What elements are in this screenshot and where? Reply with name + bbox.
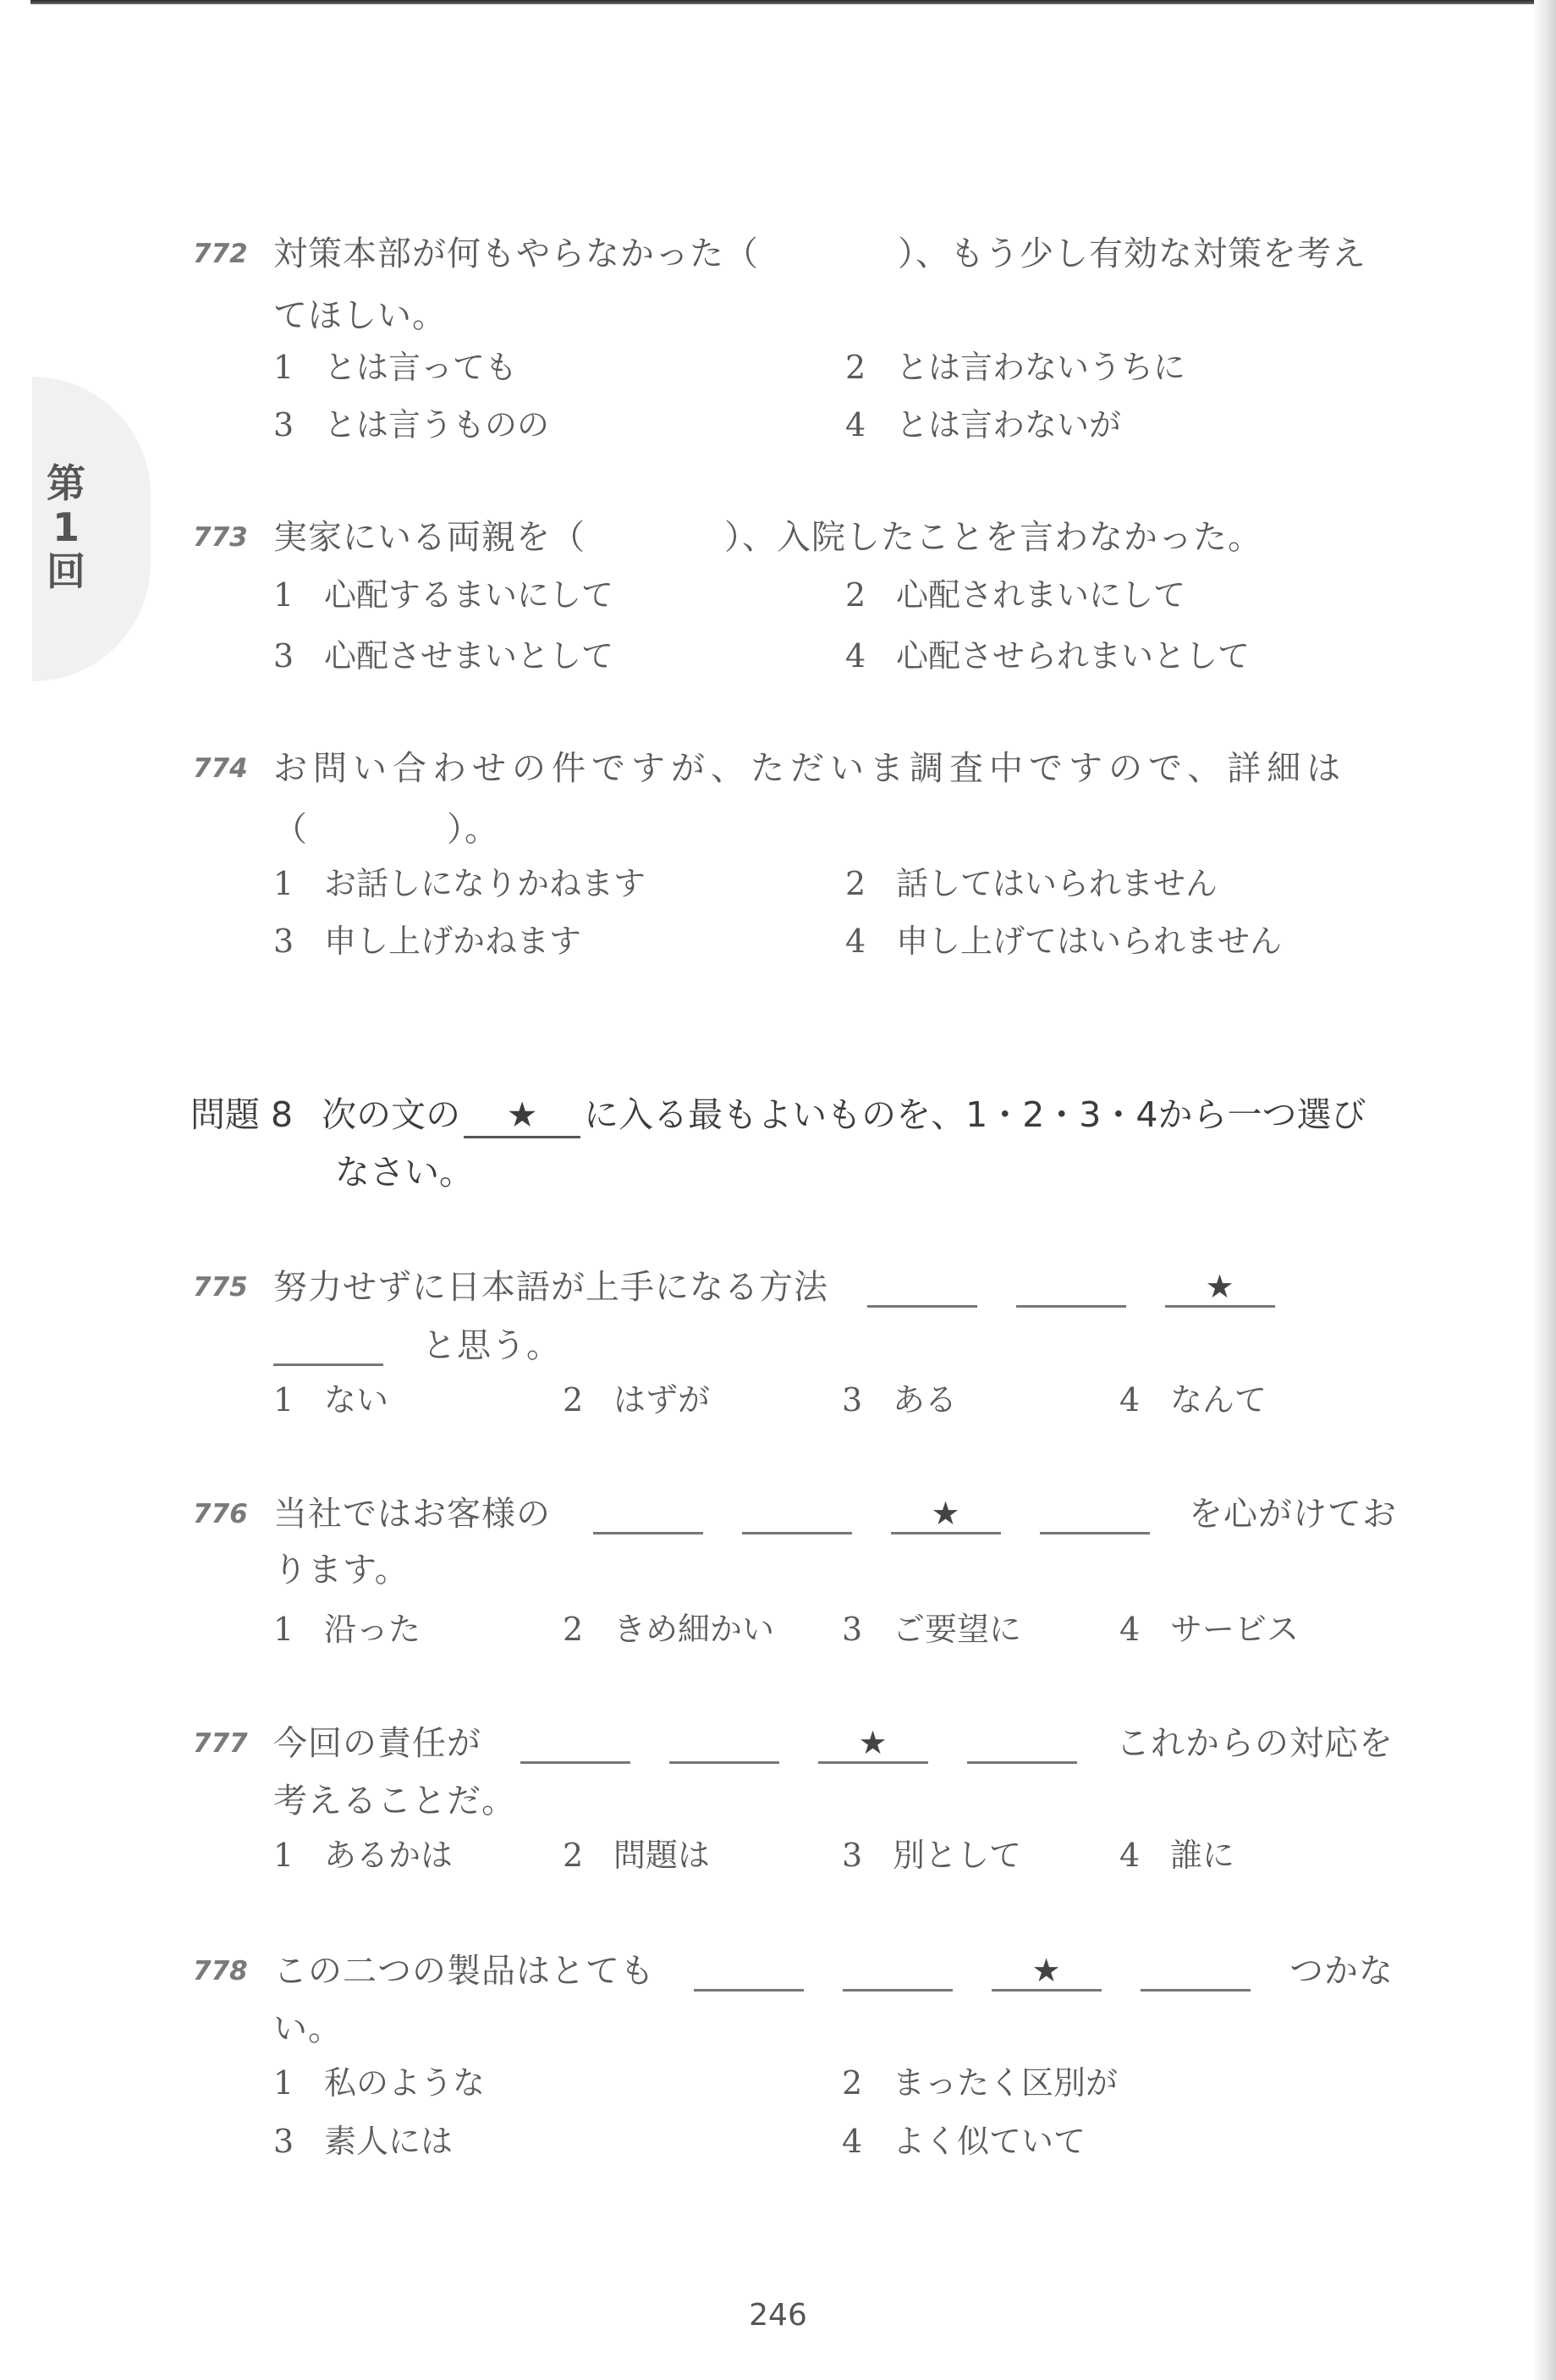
option-4[interactable]: 4申し上げてはいられません xyxy=(845,921,1282,961)
answer-blank-star[interactable]: ★ xyxy=(818,1724,928,1764)
page-edge-shadow xyxy=(1534,0,1556,2380)
option-2[interactable]: 2まったく区別が xyxy=(842,2063,1118,2103)
option-number: 3 xyxy=(273,636,324,676)
answer-blank-2[interactable] xyxy=(669,1724,779,1764)
option-number: 3 xyxy=(842,1835,893,1876)
question-text: この二つの製品はとても★つかな xyxy=(273,1951,1394,1992)
side-tab-char-2: 1 xyxy=(41,505,91,549)
answer-blank-4[interactable] xyxy=(967,1724,1077,1764)
question-number: 777 xyxy=(193,1723,248,1764)
option-1[interactable]: 1ない xyxy=(273,1380,388,1420)
option-text: 心配させまいとして xyxy=(324,637,613,675)
option-number: 4 xyxy=(842,2121,893,2162)
option-number: 4 xyxy=(1119,1380,1170,1420)
question-text-end: つかな xyxy=(1289,1952,1394,1991)
question-text: 当社ではお客様の★を心がけてお xyxy=(273,1494,1397,1534)
answer-blank-star[interactable]: ★ xyxy=(891,1495,1001,1534)
option-1[interactable]: 1あるかは xyxy=(273,1835,453,1876)
question-text-cont: てほしい。 xyxy=(273,295,447,336)
option-number: 1 xyxy=(273,347,324,388)
option-number: 4 xyxy=(845,636,896,676)
option-number: 2 xyxy=(563,1835,613,1876)
option-number: 2 xyxy=(842,2063,893,2103)
option-number: 3 xyxy=(842,1609,893,1650)
option-text: 申し上げかねます xyxy=(324,923,581,960)
option-text: まったく区別が xyxy=(893,2064,1118,2102)
option-number: 4 xyxy=(1119,1835,1170,1876)
option-3[interactable]: 3とは言うものの xyxy=(273,405,549,445)
question-number: 773 xyxy=(193,517,248,558)
question-text-start: 努力せずに日本語が上手になる方法 xyxy=(273,1268,828,1307)
question-text: 実家にいる両親を（ ）、入院したことを言わなかった。 xyxy=(273,517,1262,558)
option-number: 1 xyxy=(273,575,324,615)
side-tab-char-1: 第 xyxy=(41,461,91,505)
answer-blank-2[interactable] xyxy=(843,1952,953,1992)
page-number: 246 xyxy=(0,2298,1556,2333)
option-text: 心配するまいにして xyxy=(324,576,613,614)
option-number: 1 xyxy=(273,1609,324,1650)
option-2[interactable]: 2きめ細かい xyxy=(563,1609,774,1650)
option-3[interactable]: 3別として xyxy=(842,1835,1021,1876)
option-number: 2 xyxy=(563,1609,613,1650)
question-number: 774 xyxy=(193,748,248,789)
option-number: 3 xyxy=(273,405,324,445)
option-number: 2 xyxy=(845,575,896,615)
option-text: とは言わないが xyxy=(896,406,1121,443)
option-number: 2 xyxy=(563,1380,613,1420)
question-text: 対策本部が何もやらなかった（ ）、もう少し有効な対策を考え xyxy=(273,234,1366,274)
option-number: 3 xyxy=(842,1380,893,1420)
option-text: ある xyxy=(893,1381,957,1419)
option-2[interactable]: 2とは言わないうちに xyxy=(845,347,1185,388)
page-top-border xyxy=(30,0,1537,4)
option-text: はずが xyxy=(613,1381,710,1419)
answer-blank-star[interactable]: ★ xyxy=(992,1952,1102,1992)
answer-blank-4[interactable] xyxy=(1040,1495,1150,1534)
question-text-cont: と思う。 xyxy=(273,1325,561,1366)
question-text-cont: 考えることだ。 xyxy=(273,1781,516,1821)
option-text: 別として xyxy=(893,1837,1021,1874)
question-number: 776 xyxy=(193,1494,248,1534)
option-text: サービス xyxy=(1170,1611,1299,1648)
question-number: 778 xyxy=(193,1951,248,1992)
option-3[interactable]: 3ご要望に xyxy=(842,1609,1021,1650)
question-text-cont: （ ）。 xyxy=(273,809,499,850)
option-text: 誰に xyxy=(1170,1837,1234,1874)
answer-blank-1[interactable] xyxy=(694,1952,804,1992)
option-text: 心配させられまいとして xyxy=(896,637,1250,675)
option-number: 1 xyxy=(273,2063,324,2103)
option-text: あるかは xyxy=(324,1837,453,1874)
option-number: 2 xyxy=(845,863,896,904)
option-3[interactable]: 3ある xyxy=(842,1380,957,1420)
question-text-end: と思う。 xyxy=(422,1326,561,1365)
star-icon: ★ xyxy=(464,1094,580,1138)
question-text: 今回の責任が★これからの対応を xyxy=(273,1723,1394,1764)
question-number: 775 xyxy=(193,1267,248,1308)
option-1[interactable]: 1心配するまいにして xyxy=(273,575,613,615)
option-text: ご要望に xyxy=(893,1611,1021,1648)
answer-blank-2[interactable] xyxy=(1016,1268,1126,1308)
option-text: 問題は xyxy=(613,1837,710,1874)
question-text-cont: ります。 xyxy=(273,1550,410,1590)
option-1[interactable]: 1とは言っても xyxy=(273,347,517,388)
option-4[interactable]: 4なんて xyxy=(1119,1380,1267,1420)
answer-blank-1[interactable] xyxy=(593,1495,703,1534)
option-1[interactable]: 1私のような xyxy=(273,2063,485,2103)
option-1[interactable]: 1お話しになりかねます xyxy=(273,863,646,904)
option-text: なんて xyxy=(1170,1381,1267,1419)
option-text: ない xyxy=(324,1381,388,1419)
question-text-end: を心がけてお xyxy=(1189,1495,1397,1534)
question-text: お問い合わせの件ですが、ただいま調査中ですので、詳細は xyxy=(273,748,1346,789)
question-text-cont: い。 xyxy=(273,2008,343,2049)
question-number: 772 xyxy=(193,234,248,274)
option-text: とは言うものの xyxy=(324,406,549,443)
option-4[interactable]: 4誰に xyxy=(1119,1835,1234,1876)
answer-blank-2[interactable] xyxy=(742,1495,852,1534)
option-text: よく似ていて xyxy=(893,2123,1086,2160)
instruction-before: 次の文の xyxy=(322,1094,460,1135)
option-text: 素人には xyxy=(324,2123,453,2160)
option-2[interactable]: 2はずが xyxy=(563,1380,710,1420)
instruction-line2: なさい。 xyxy=(335,1151,474,1193)
question-text-end: これからの対応を xyxy=(1116,1724,1394,1763)
answer-blank-4[interactable] xyxy=(1141,1952,1251,1992)
answer-blank-star[interactable]: ★ xyxy=(1165,1268,1275,1308)
option-text: 私のような xyxy=(324,2064,485,2102)
side-tab-char-3: 回 xyxy=(41,549,91,593)
option-number: 3 xyxy=(273,2121,324,2162)
option-number: 2 xyxy=(845,347,896,388)
question-text: 努力せずに日本語が上手になる方法★ xyxy=(273,1267,1314,1308)
option-2[interactable]: 2心配されまいにして xyxy=(845,575,1185,615)
option-4[interactable]: 4とは言わないが xyxy=(845,405,1121,445)
option-text: 話してはいられません xyxy=(896,865,1218,902)
option-number: 4 xyxy=(845,921,896,961)
option-3[interactable]: 3心配させまいとして xyxy=(273,636,613,676)
option-text: お話しになりかねます xyxy=(324,865,646,902)
option-number: 4 xyxy=(845,405,896,445)
answer-blank-1[interactable] xyxy=(520,1724,630,1764)
option-3[interactable]: 3申し上げかねます xyxy=(273,921,581,961)
answer-blank-1[interactable] xyxy=(867,1268,977,1308)
option-number: 1 xyxy=(273,863,324,904)
option-4[interactable]: 4よく似ていて xyxy=(842,2121,1086,2162)
option-text: きめ細かい xyxy=(613,1611,774,1648)
option-2[interactable]: 2話してはいられません xyxy=(845,863,1218,904)
option-number: 4 xyxy=(1119,1609,1170,1650)
option-text: 申し上げてはいられません xyxy=(896,923,1282,960)
option-text: とは言っても xyxy=(324,349,517,386)
option-number: 1 xyxy=(273,1380,324,1420)
question-text-start: 当社ではお客様の xyxy=(273,1495,551,1534)
option-3[interactable]: 3素人には xyxy=(273,2121,453,2162)
option-number: 3 xyxy=(273,921,324,961)
answer-blank-4[interactable] xyxy=(273,1326,383,1366)
option-2[interactable]: 2問題は xyxy=(563,1835,710,1876)
question-text-start: 今回の責任が xyxy=(273,1724,481,1763)
option-1[interactable]: 1沿った xyxy=(273,1609,421,1650)
section-label: 問題 8 xyxy=(190,1094,293,1135)
option-text: 心配されまいにして xyxy=(896,576,1185,614)
chapter-side-tab-label: 第 1 回 xyxy=(41,461,91,593)
question-text-start: この二つの製品はとても xyxy=(273,1952,655,1991)
option-text: 沿った xyxy=(324,1611,421,1648)
option-text: とは言わないうちに xyxy=(896,349,1185,386)
option-4[interactable]: 4サービス xyxy=(1119,1609,1299,1650)
instruction-after: に入る最もよいものを、1・2・3・4から一つ選び xyxy=(584,1094,1366,1135)
option-4[interactable]: 4心配させられまいとして xyxy=(845,636,1250,676)
option-number: 1 xyxy=(273,1835,324,1876)
